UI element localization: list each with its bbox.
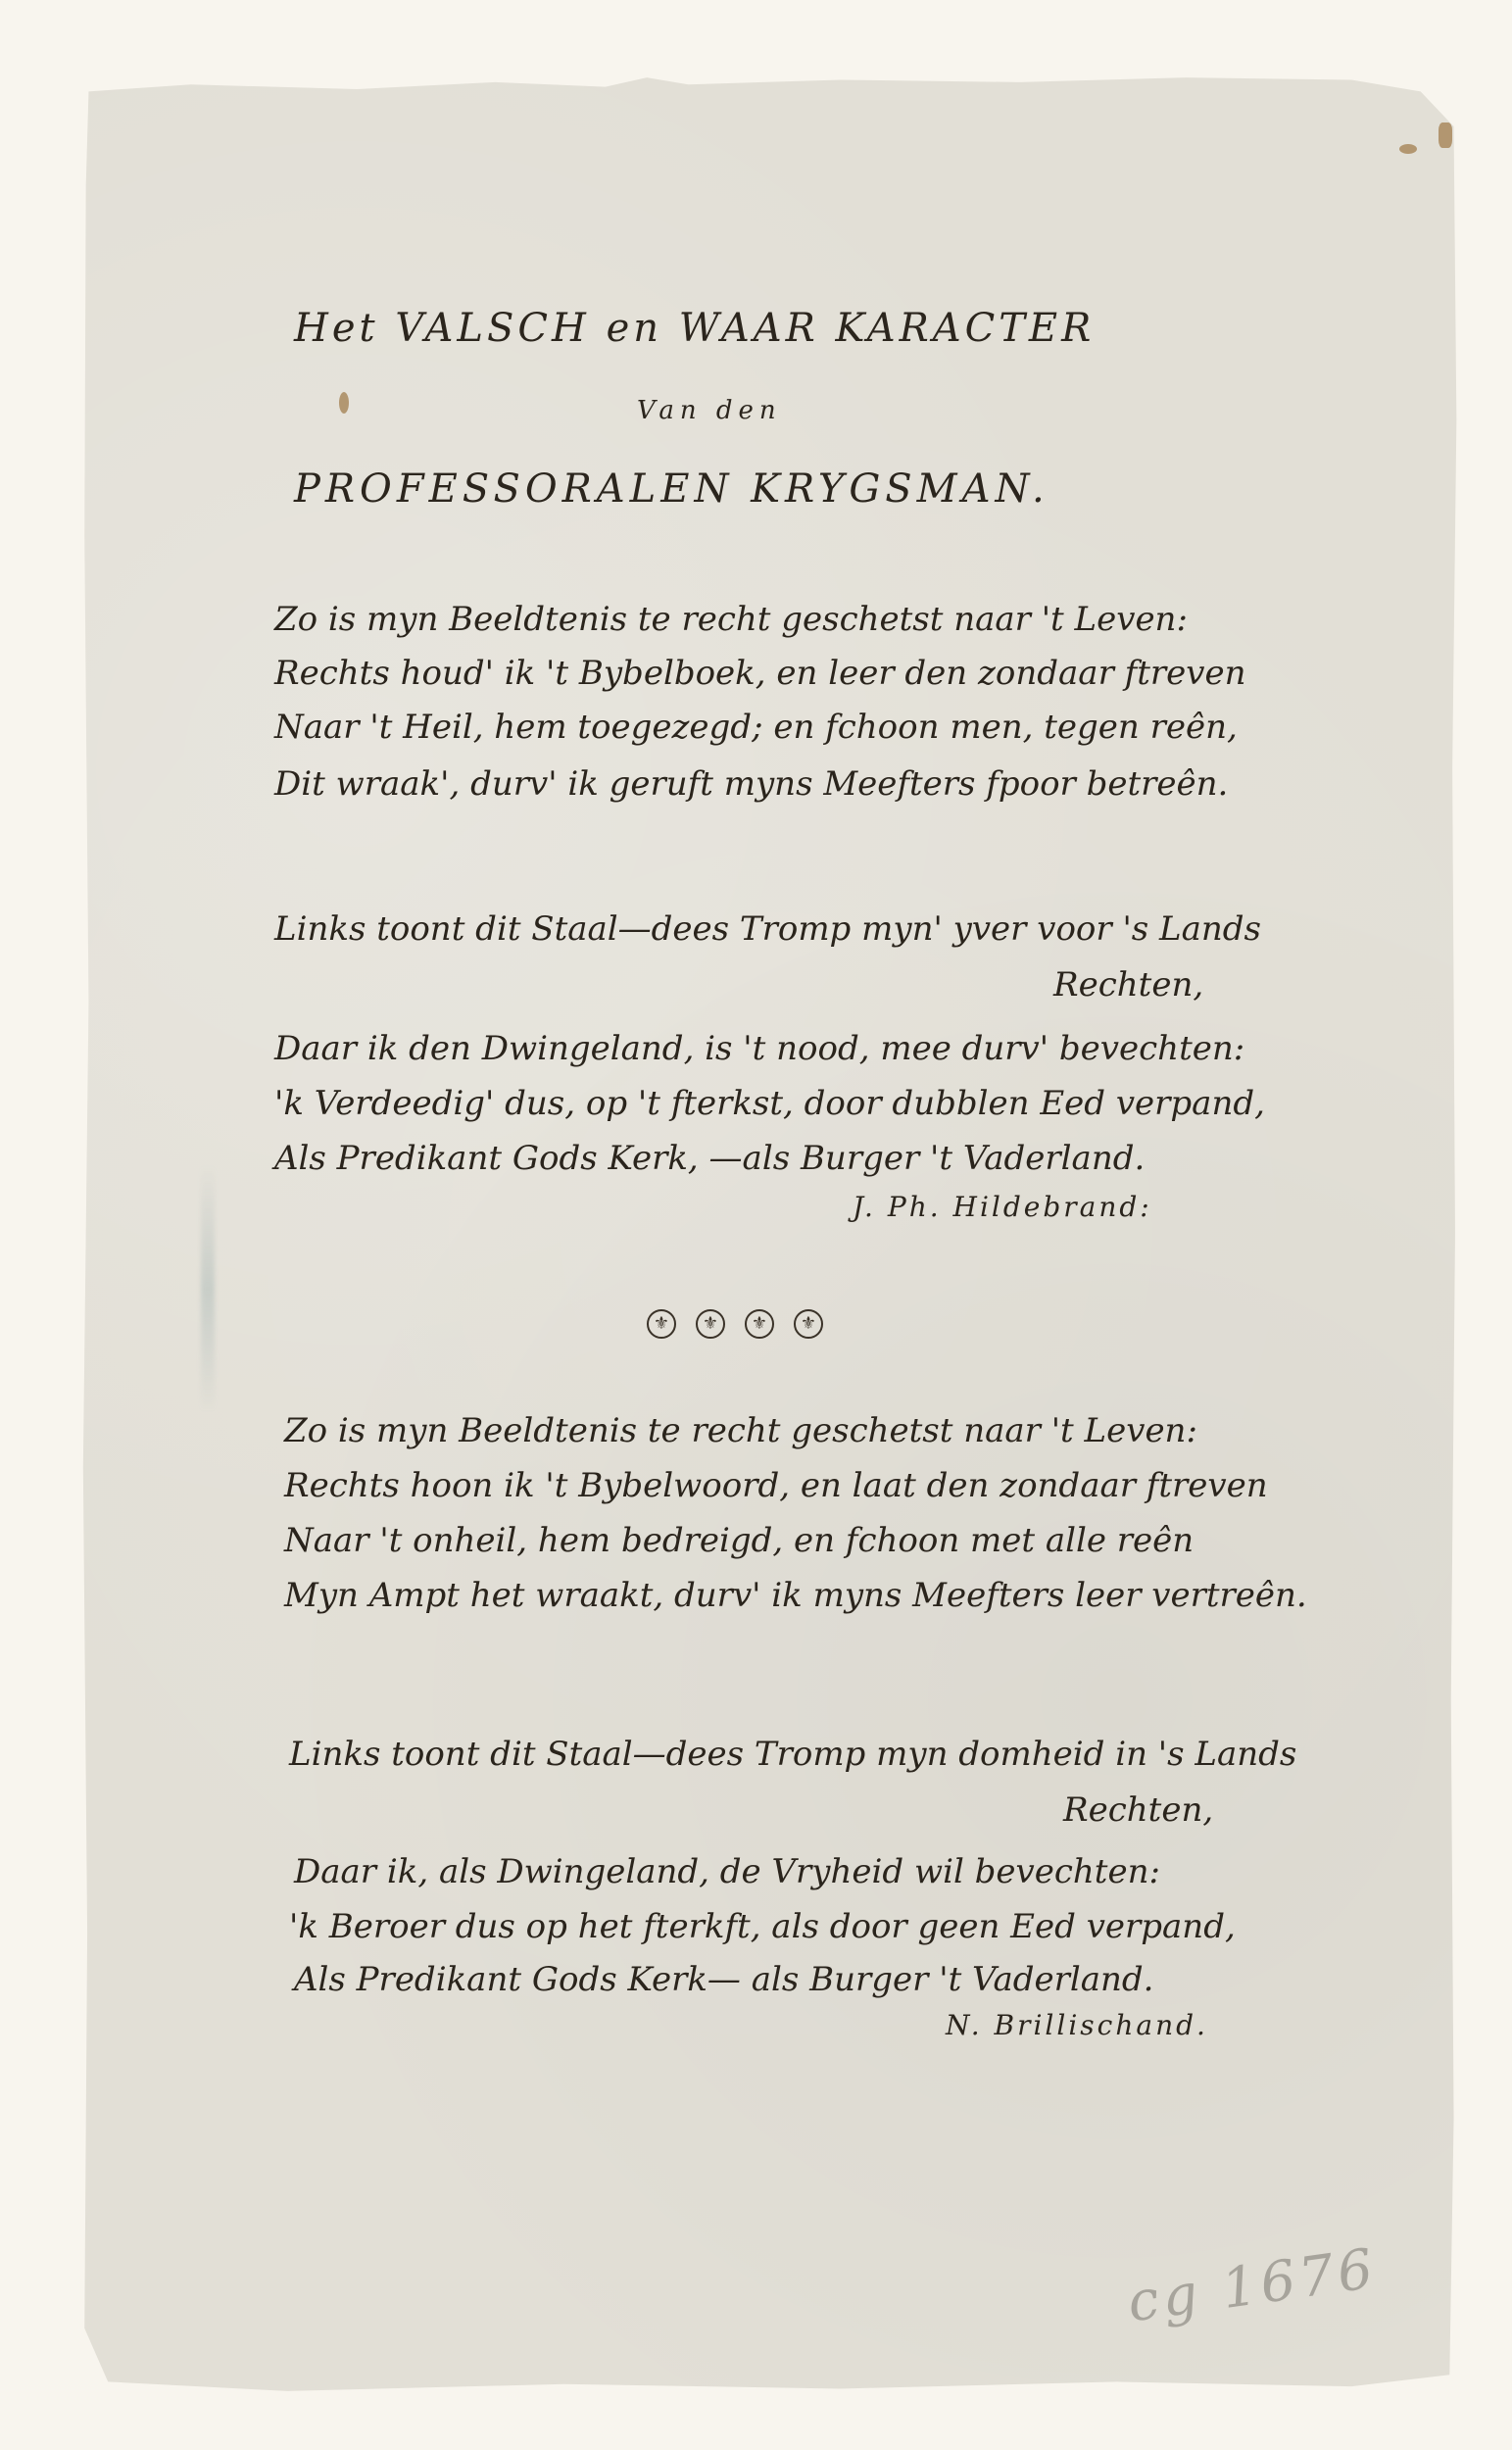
document-content: Het VALSCH en WAAR KARACTER Van den PROF… — [0, 0, 1512, 2450]
title-line-2: Van den — [637, 396, 782, 425]
fleur-de-lis-rosette-icon: ⚜ — [745, 1309, 774, 1339]
signature-brillischand: N. Brillischand. — [946, 2009, 1208, 2041]
verse-line: Rechts houd' ik 't Bybelboek, en leer de… — [274, 654, 1245, 693]
verse-line-overflow: Rechten, — [1053, 965, 1203, 1004]
verse-line: Als Predikant Gods Kerk, —als Burger 't … — [274, 1139, 1145, 1178]
fleur-de-lis-rosette-icon: ⚜ — [794, 1309, 823, 1339]
verse-line: Rechts hoon ik 't Bybelwoord, en laat de… — [284, 1466, 1268, 1505]
verse-line: 'k Verdeedig' dus, op 't fterkst, door d… — [274, 1084, 1265, 1123]
signature-hildebrand: J. Ph. Hildebrand: — [853, 1191, 1152, 1223]
verse-line: 'k Beroer dus op het fterkft, als door g… — [289, 1907, 1236, 1946]
verse-line: Zo is myn Beeldtenis te recht geschetst … — [284, 1411, 1197, 1450]
title-line-1: Het VALSCH en WAAR KARACTER — [294, 306, 1095, 351]
verse-line: Daar ik, als Dwingeland, de Vryheid wil … — [294, 1852, 1160, 1891]
fleur-de-lis-rosette-icon: ⚜ — [647, 1309, 676, 1339]
title-line-3: PROFESSORALEN KRYGSMAN. — [294, 466, 1049, 512]
pencil-annotation: cg 1676 — [1124, 2237, 1381, 2335]
verse-line: Zo is myn Beeldtenis te recht geschetst … — [274, 600, 1188, 639]
verse-line: Myn Ampt het wraakt, durv' ik myns Meeft… — [284, 1576, 1307, 1615]
verse-line: Naar 't onheil, hem bedreigd, en fchoon … — [284, 1521, 1194, 1560]
verse-line: Naar 't Heil, hem toegezegd; en fchoon m… — [274, 708, 1238, 747]
ornament-divider: ⚜ ⚜ ⚜ ⚜ — [647, 1309, 823, 1339]
verse-line: Links toont dit Staal—dees Tromp myn dom… — [289, 1735, 1296, 1774]
verse-line: Daar ik den Dwingeland, is 't nood, mee … — [274, 1029, 1244, 1068]
fleur-de-lis-rosette-icon: ⚜ — [696, 1309, 725, 1339]
verse-line: Dit wraak', durv' ik geruft myns Meefter… — [274, 764, 1228, 804]
verse-line-overflow: Rechten, — [1063, 1790, 1213, 1830]
verse-line: Links toont dit Staal—dees Tromp myn' yv… — [274, 909, 1261, 949]
verse-line: Als Predikant Gods Kerk— als Burger 't V… — [294, 1960, 1154, 1999]
